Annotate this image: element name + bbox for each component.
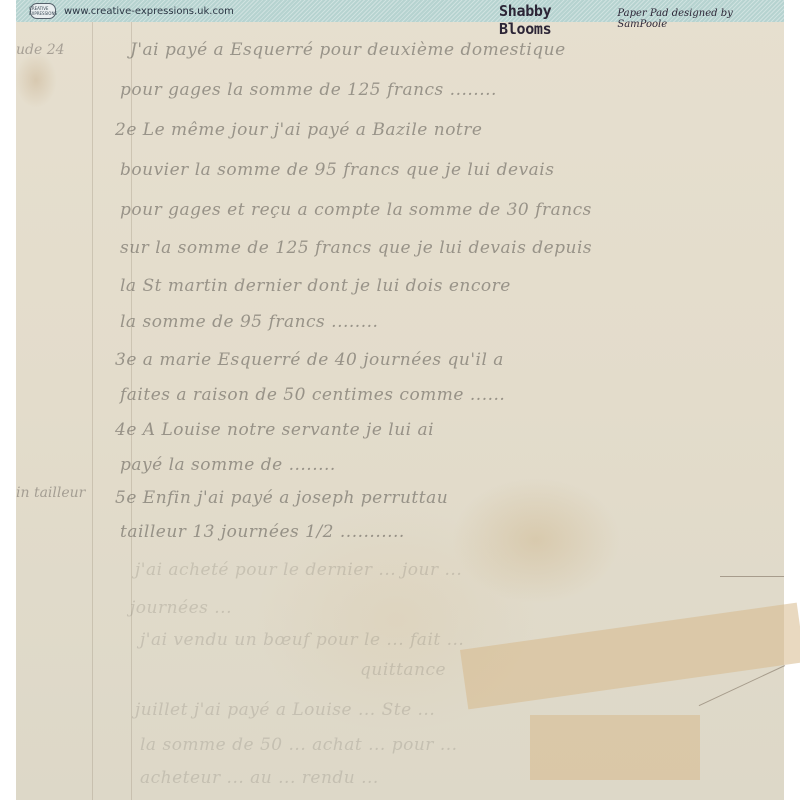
manuscript-line: 5e Enfin j'ai payé a joseph perruttau: [115, 488, 448, 508]
manuscript-line: sur la somme de 125 francs que je lui de…: [120, 238, 592, 258]
manuscript-line: pour gages et reçu a compte la somme de …: [120, 200, 592, 220]
paper-crack: [720, 576, 784, 577]
product-title: Shabby Blooms: [499, 2, 611, 38]
manuscript-line: J'ai payé a Esquerré pour deuxième domes…: [130, 40, 566, 60]
tape-strip: [530, 715, 700, 780]
manuscript-line: tailleur 13 journées 1/2 ...........: [120, 522, 405, 542]
faint-line: j'ai acheté pour le dernier ... jour ...: [135, 560, 462, 580]
logo-text: CREATIVE EXPRESSIONS: [29, 6, 57, 16]
faint-line: j'ai vendu un bœuf pour le ... fait ...: [140, 630, 464, 650]
website-url: www.creative-expressions.uk.com: [64, 6, 234, 17]
faint-line: quittance: [360, 660, 446, 680]
manuscript-line: bouvier la somme de 95 francs que je lui…: [120, 160, 554, 180]
header-banner: CREATIVE EXPRESSIONS www.creative-expres…: [16, 0, 784, 22]
manuscript-line: la somme de 95 francs ........: [120, 312, 378, 332]
faint-line: journées ...: [130, 598, 232, 618]
manuscript-line: la St martin dernier dont je lui dois en…: [120, 276, 511, 296]
faint-line: la somme de 50 ... achat ... pour ...: [140, 735, 458, 755]
faint-line: acheteur ... au ... rendu ...: [140, 768, 379, 788]
brand-logo-icon: CREATIVE EXPRESSIONS: [30, 3, 56, 19]
margin-note: ude 24: [16, 42, 65, 58]
margin-note: in tailleur: [16, 485, 85, 501]
brand-block: Shabby Blooms Paper Pad designed by SamP…: [499, 2, 784, 38]
manuscript-line: faites a raison de 50 centimes comme ...…: [120, 385, 505, 405]
manuscript-line: payé la somme de ........: [120, 455, 336, 475]
faint-line: juillet j'ai payé a Louise ... Ste ...: [135, 700, 435, 720]
product-subtitle: Paper Pad designed by SamPoole: [617, 8, 784, 30]
manuscript-line: 2e Le même jour j'ai payé a Bazile notre: [115, 120, 482, 140]
manuscript-line: 3e a marie Esquerré de 40 journées qu'il…: [115, 350, 504, 370]
manuscript-line: 4e A Louise notre servante je lui ai: [115, 420, 434, 440]
margin-rule: [92, 22, 93, 800]
manuscript-line: pour gages la somme de 125 francs ......…: [120, 80, 497, 100]
